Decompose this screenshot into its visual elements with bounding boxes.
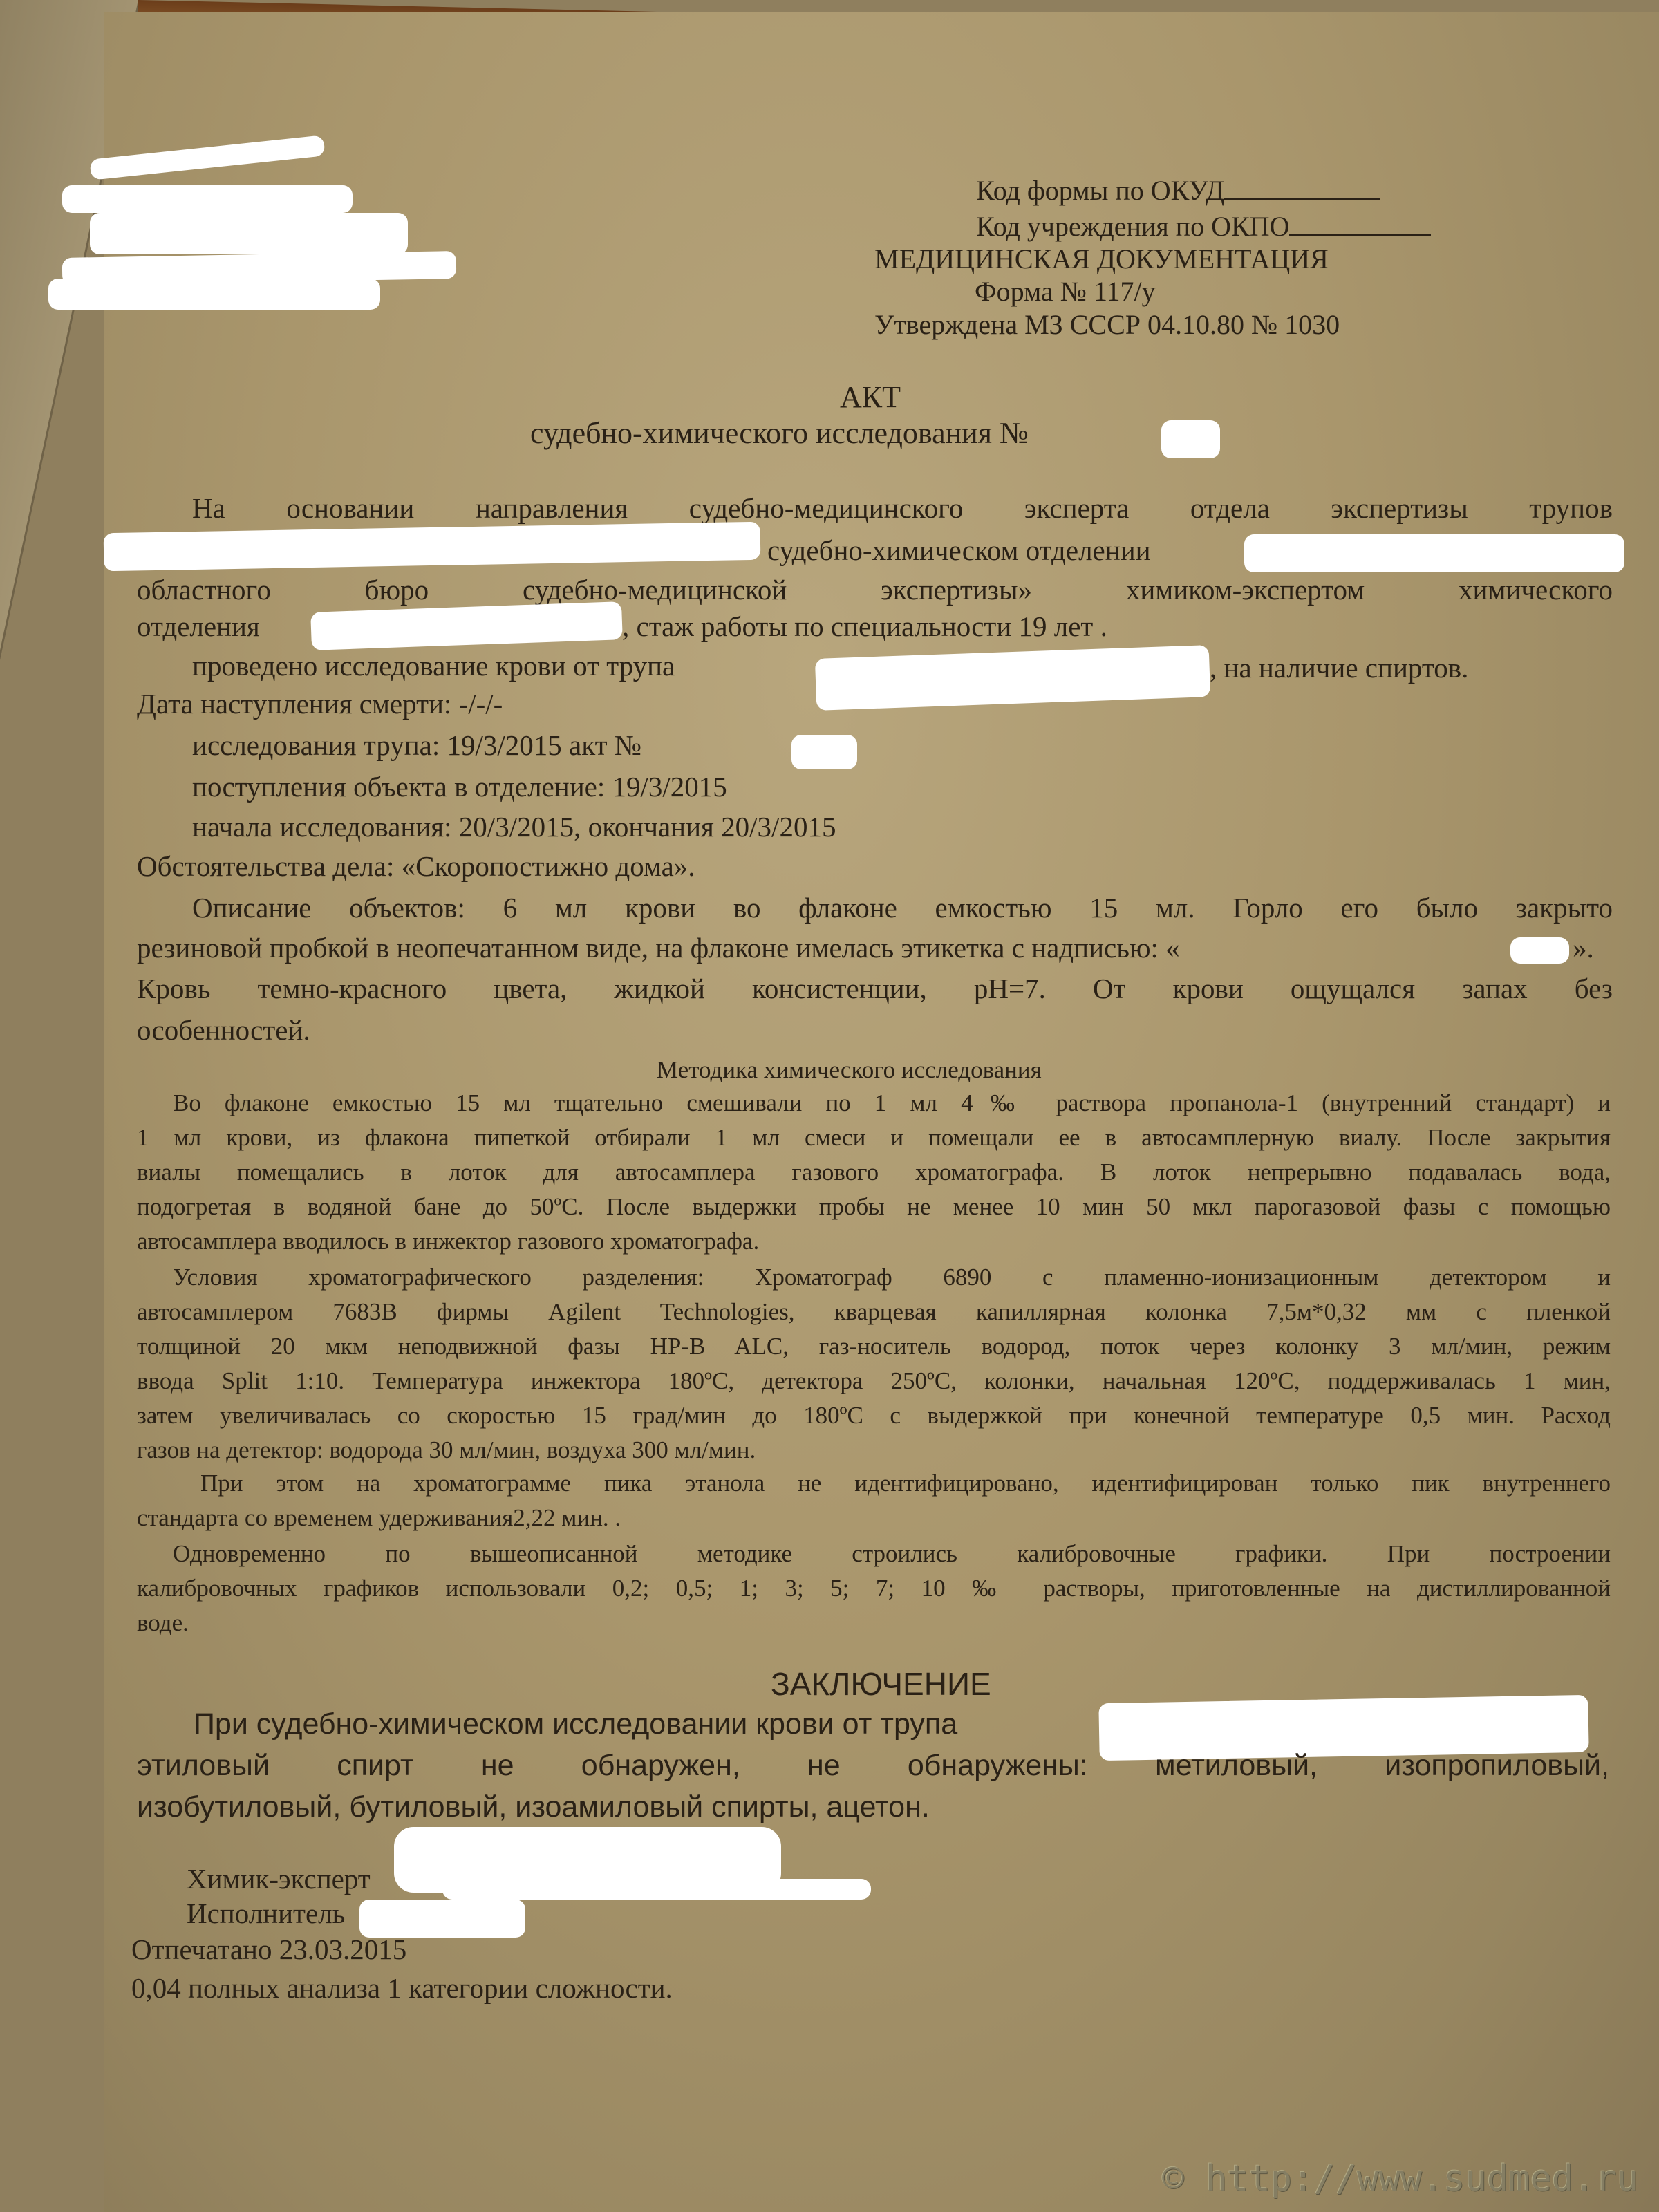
intro-line-4a: отделения [137, 612, 260, 641]
doc-title: АКТ [840, 382, 901, 413]
method-line-4: подогретая в водяной бане до 50ºС. После… [137, 1194, 1611, 1219]
description-line-2a: резиновой пробкой в неопечатанном виде, … [137, 934, 1180, 962]
okpo-field [1289, 234, 1431, 236]
conclusion-line-3: изобутиловый, бутиловый, изоамиловый спи… [137, 1792, 930, 1822]
description-line-2b: ». [1573, 934, 1594, 962]
complexity-note: 0,04 полных анализа 1 категории сложност… [131, 1974, 673, 2003]
intro-line-5b: , на наличие спиртов. [1210, 654, 1468, 682]
death-date: Дата наступления смерти: -/-/- [137, 690, 503, 718]
description-line-1: Описание объектов: 6 мл крови во флаконе… [192, 894, 1613, 922]
intro-line-4b: , стаж работы по специальности 19 лет . [622, 612, 1107, 641]
calibration-line-2: калибровочных графиков использовали 0,2;… [137, 1576, 1611, 1600]
intro-line-3: областного бюро судебно-медицинской эксп… [137, 576, 1613, 604]
doc-subtitle: судебно-химического исследования № [530, 418, 1029, 449]
conclusion-line-1: При судебно-химическом исследовании кров… [194, 1709, 957, 1739]
watermark: © http://www.sudmed.ru [1162, 2158, 1638, 2200]
approval-line: Утверждена МЗ СССР 04.10.80 № 1030 [874, 311, 1340, 339]
form-number: Форма № 117/у [975, 278, 1156, 306]
result-line-1: При этом на хроматограмме пика этанола н… [200, 1471, 1611, 1495]
redaction-label [1510, 937, 1569, 964]
executor-label: Исполнитель [187, 1900, 345, 1928]
method-line-3: виалы помещались в лоток для автосамплер… [137, 1160, 1611, 1184]
conditions-line-3: толщиной 20 мкм неподвижной фазы HP-B AL… [137, 1334, 1611, 1358]
redaction-deceased [815, 645, 1210, 711]
redaction-chemist [310, 601, 623, 650]
redaction-referrer [104, 522, 761, 572]
autopsy-date: исследования трупа: 19/3/2015 акт № [192, 731, 641, 760]
redaction-act-number [791, 735, 857, 769]
method-line-2: 1 мл крови, из флакона пипеткой отбирали… [137, 1125, 1611, 1150]
okpo-label: Код учреждения по ОКПО [976, 213, 1431, 241]
okud-field [1224, 198, 1380, 200]
conditions-line-5: затем увеличивалась со скоростью 15 град… [137, 1403, 1611, 1427]
redaction-signature [442, 1879, 871, 1900]
method-heading: Методика химического исследования [657, 1058, 1042, 1082]
conditions-line-6: газов на детектор: водорода 30 мл/мин, в… [137, 1438, 756, 1462]
calibration-line-3: воде. [137, 1611, 189, 1635]
document-page: Код формы по ОКУД Код учреждения по ОКПО… [104, 12, 1659, 2212]
calibration-line-1: Одновременно по вышеописанной методике с… [173, 1541, 1611, 1566]
result-line-2: стандарта со временем удерживания2,22 ми… [137, 1506, 621, 1530]
redaction-stamp [90, 213, 408, 254]
redaction-stamp [62, 185, 353, 213]
redaction-executor [359, 1900, 525, 1938]
method-line-1: Во флаконе емкостью 15 мл тщательно смеш… [173, 1091, 1611, 1115]
chemist-label: Химик-эксперт [187, 1865, 371, 1893]
circumstances: Обстоятельства дела: «Скоропостижно дома… [137, 852, 695, 881]
intro-line-5a: проведено исследование крови от трупа [192, 652, 675, 680]
intro-line-1: На основании направления судебно-медицин… [192, 494, 1613, 523]
conditions-line-2: автосамплером 7683B фирмы Agilent Techno… [137, 1300, 1611, 1324]
redaction-stamp [89, 135, 325, 180]
conclusion-line-2: этиловый спирт не обнаружен, не обнаруже… [137, 1751, 1609, 1781]
intro-line-2: судебно-химическом отделении [767, 536, 1151, 565]
redaction-stamp [48, 279, 380, 310]
method-line-5: автосамплера вводилось в инжектор газово… [137, 1229, 759, 1253]
okud-label: Код формы по ОКУД [976, 177, 1380, 205]
received-date: поступления объекта в отделение: 19/3/20… [192, 773, 727, 801]
conclusion-heading: ЗАКЛЮЧЕНИЕ [771, 1668, 991, 1700]
description-line-4: особенностей. [137, 1016, 310, 1044]
doc-category: МЕДИЦИНСКАЯ ДОКУМЕНТАЦИЯ [874, 245, 1329, 273]
conditions-line-4: ввода Split 1:10. Температура инжектора … [137, 1369, 1611, 1393]
conditions-line-1: Условия хроматографического разделения: … [173, 1265, 1611, 1289]
redaction-bureau [1244, 534, 1624, 572]
study-dates: начала исследования: 20/3/2015, окончани… [192, 813, 836, 841]
description-line-3: Кровь темно-красного цвета, жидкой конси… [137, 975, 1613, 1003]
redaction-number [1161, 420, 1220, 458]
printed-date: Отпечатано 23.03.2015 [131, 1935, 406, 1964]
